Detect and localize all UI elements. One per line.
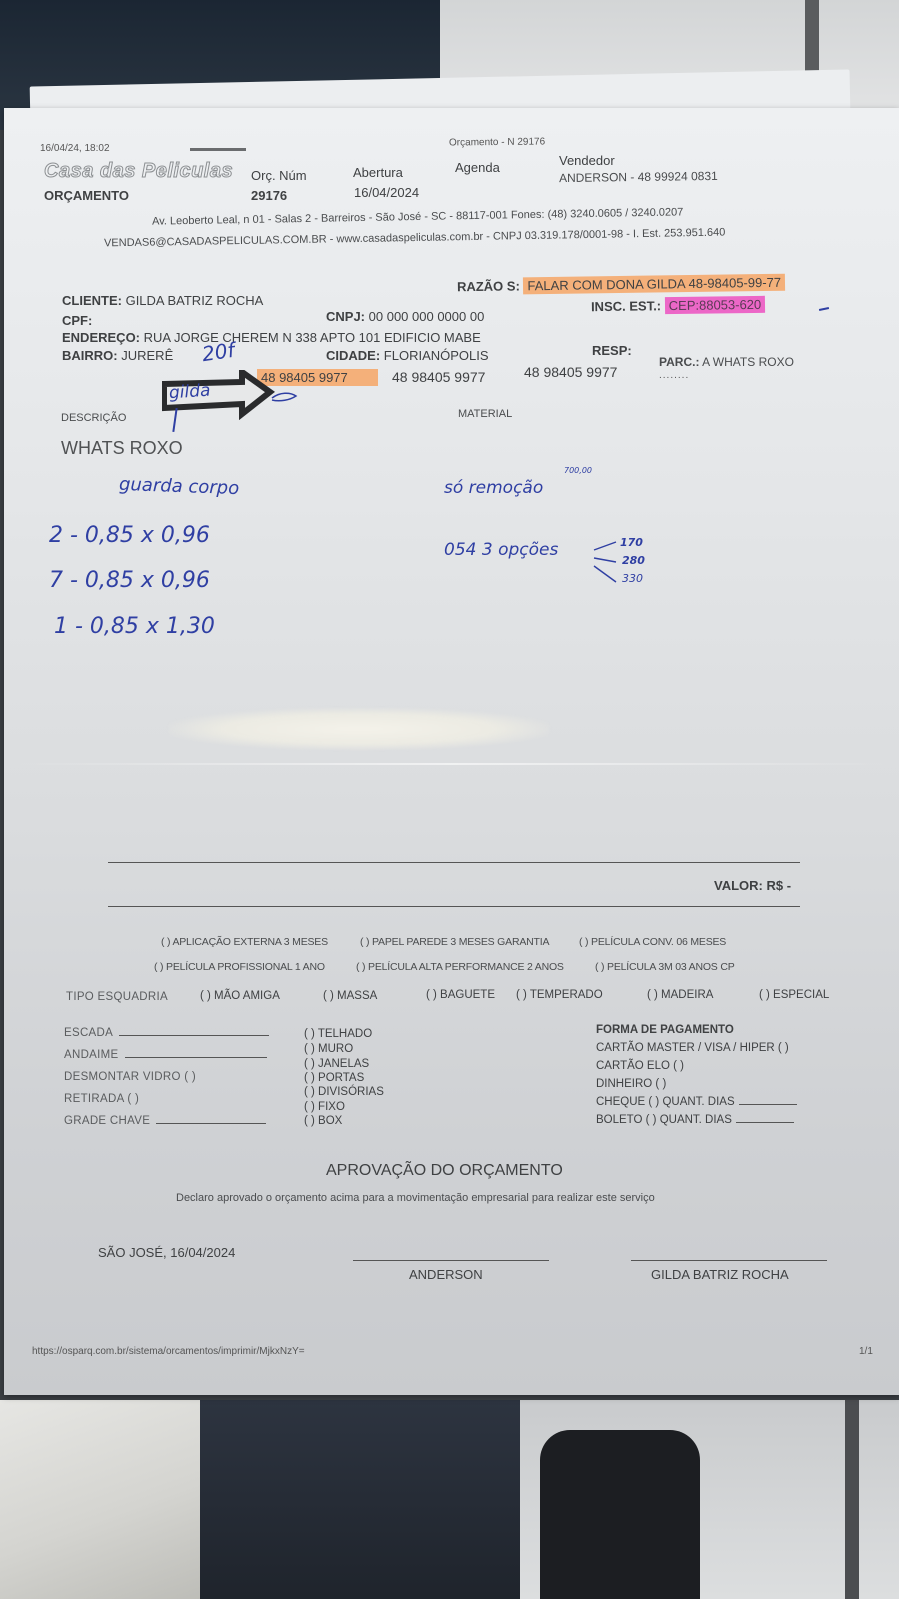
handwritten-remocao-price: 700,00 [564, 466, 592, 475]
bairro-value: JURERÊ [121, 348, 173, 363]
total-rule-top [108, 862, 800, 863]
insc-label: INSC. EST.: [591, 298, 661, 314]
vendedor-label: Vendedor [559, 153, 615, 168]
endereco-field: ENDEREÇO: RUA JORGE CHEREM N 338 APTO 10… [62, 330, 481, 345]
background-chair [540, 1430, 700, 1599]
signer-seller: ANDERSON [409, 1267, 483, 1282]
service-telhado[interactable]: ( ) TELHADO [304, 1028, 372, 1040]
material-label: MATERIAL [458, 408, 512, 420]
background-jeans [200, 1400, 530, 1599]
parc-mask: ........ [659, 370, 689, 381]
service-box[interactable]: ( ) BOX [304, 1115, 342, 1127]
approval-title: APROVAÇÃO DO ORÇAMENTO [326, 1162, 563, 1180]
service-grade-chave: GRADE CHAVE [64, 1115, 266, 1127]
handwritten-bairro-note: 20f [200, 338, 236, 366]
abertura-value: 16/04/2024 [354, 185, 419, 200]
total-rule-bottom [108, 906, 800, 907]
payment-cheque[interactable]: CHEQUE ( ) QUANT. DIAS [596, 1096, 797, 1108]
phone-2: 48 98405 9977 [392, 369, 485, 385]
payment-title: FORMA DE PAGAMENTO [596, 1024, 734, 1036]
resp-label: RESP: [592, 343, 632, 358]
parc-value: A WHATS ROXO [702, 355, 794, 369]
agenda-label: Agenda [455, 160, 500, 175]
esquadria-temperado[interactable]: ( ) TEMPERADO [516, 989, 603, 1001]
service-muro[interactable]: ( ) MURO [304, 1043, 353, 1055]
background-bottom [0, 1400, 899, 1599]
orc-num-label: Orç. Núm [251, 168, 307, 183]
cpf-label: CPF: [62, 313, 92, 328]
esquadria-especial[interactable]: ( ) ESPECIAL [759, 989, 829, 1001]
payment-boleto[interactable]: BOLETO ( ) QUANT. DIAS [596, 1114, 794, 1126]
company-contact: VENDAS6@CASADASPELICULAS.COM.BR - www.ca… [104, 227, 725, 250]
service-andaime: ANDAIME [64, 1049, 267, 1061]
handwritten-price-2: 280 [622, 554, 645, 567]
handwritten-arrows-icon [592, 536, 622, 586]
bairro-field: BAIRRO: JURERÊ [62, 348, 173, 363]
razao-field: RAZÃO S: FALAR COM DONA GILDA 48-98405-9… [457, 275, 785, 295]
abertura-label: Abertura [353, 165, 403, 180]
endereco-value: RUA JORGE CHEREM N 338 APTO 101 EDIFICIO… [144, 330, 481, 345]
print-timestamp: 16/04/24, 18:02 [40, 143, 110, 154]
option-papel-parede[interactable]: ( ) PAPEL PAREDE 3 MESES GARANTIA [360, 936, 549, 948]
handwritten-stamp-note: gilda [168, 381, 211, 404]
footer-url: https://osparq.com.br/sistema/orcamentos… [32, 1346, 305, 1357]
vendedor-value: ANDERSON - 48 99924 0831 [559, 169, 718, 185]
handwritten-price-1: 170 [620, 536, 643, 549]
service-retirada[interactable]: RETIRADA ( ) [64, 1093, 139, 1105]
handwritten-measure-3: 1 - 0,85 x 1,30 [54, 614, 215, 639]
item-description: WHATS ROXO [61, 438, 183, 459]
payment-dinheiro[interactable]: DINHEIRO ( ) [596, 1078, 666, 1090]
option-pelicula-alta-performance[interactable]: ( ) PELÍCULA ALTA PERFORMANCE 2 ANOS [356, 961, 564, 973]
quote-document: 16/04/24, 18:02 Orçamento - N 29176 Casa… [4, 108, 899, 1395]
service-fixo[interactable]: ( ) FIXO [304, 1101, 345, 1113]
insc-value: CEP:88053-620 [665, 296, 766, 314]
esquadria-massa[interactable]: ( ) MASSA [323, 990, 377, 1002]
payment-cartao-master[interactable]: CARTÃO MASTER / VISA / HIPER ( ) [596, 1042, 789, 1054]
cnpj-field: CNPJ: 00 000 000 0000 00 [326, 309, 484, 324]
cliente-label: CLIENTE: [62, 293, 122, 308]
endereco-label: ENDEREÇO: [62, 330, 140, 345]
cnpj-label: CNPJ: [326, 309, 365, 324]
option-pelicula-conv[interactable]: ( ) PELÍCULA CONV. 06 MESES [579, 936, 726, 948]
descricao-label: DESCRIÇÃO [61, 412, 126, 424]
service-portas[interactable]: ( ) PORTAS [304, 1072, 364, 1084]
option-pelicula-profissional[interactable]: ( ) PELÍCULA PROFISSIONAL 1 ANO [154, 961, 325, 973]
payment-cartao-elo[interactable]: CARTÃO ELO ( ) [596, 1060, 684, 1072]
cpf-field: CPF: [62, 313, 92, 328]
razao-label: RAZÃO S: [457, 278, 520, 294]
signer-client: GILDA BATRIZ ROCHA [651, 1267, 789, 1282]
company-address: Av. Leoberto Leal, n 01 - Salas 2 - Barr… [152, 206, 684, 227]
paper-fold [4, 763, 899, 765]
cidade-label: CIDADE: [326, 348, 380, 363]
signature-line-seller [353, 1260, 549, 1261]
approval-place-date: SÃO JOSÉ, 16/04/2024 [98, 1245, 235, 1260]
parc-label: PARC.: [659, 355, 699, 369]
cidade-field: CIDADE: FLORIANÓPOLIS [326, 348, 489, 363]
option-aplicacao-externa[interactable]: ( ) APLICAÇÃO EXTERNA 3 MESES [161, 936, 328, 948]
orc-num-value: 29176 [251, 188, 287, 203]
background-leg [845, 1400, 859, 1599]
handwritten-note-options: 054 3 opções [444, 540, 558, 560]
service-escada: ESCADA [64, 1027, 269, 1039]
esquadria-label: TIPO ESQUADRIA [66, 991, 168, 1003]
valor-label: VALOR: R$ - [714, 878, 791, 893]
handwritten-note-guarda-corpo: guarda corpo [119, 474, 240, 499]
esquadria-madeira[interactable]: ( ) MADEIRA [647, 989, 713, 1001]
correction-fluid-smudge [169, 708, 549, 750]
handwritten-measure-2: 7 - 0,85 x 0,96 [49, 568, 210, 593]
document-ref: Orçamento - N 29176 [449, 136, 545, 148]
signature-line-client [631, 1260, 827, 1261]
handwritten-price-3: 330 [622, 572, 643, 585]
handwritten-note-remocao: só remoção [444, 478, 543, 498]
razao-value: FALAR COM DONA GILDA 48-98405-99-77 [523, 274, 785, 295]
cnpj-value: 00 000 000 0000 00 [369, 309, 485, 324]
insc-field: INSC. EST.: CEP:88053-620 [591, 297, 765, 314]
ink-mark [819, 307, 829, 311]
cliente-field: CLIENTE: GILDA BATRIZ ROCHA [62, 293, 263, 308]
esquadria-mao-amiga[interactable]: ( ) MÃO AMIGA [200, 990, 280, 1002]
approval-statement: Declaro aprovado o orçamento acima para … [176, 1192, 655, 1204]
service-desmontar-vidro[interactable]: DESMONTAR VIDRO ( ) [64, 1071, 196, 1083]
option-pelicula-3m[interactable]: ( ) PELÍCULA 3M 03 ANOS CP [595, 961, 735, 973]
header-bar [190, 148, 246, 151]
esquadria-baguete[interactable]: ( ) BAGUETE [426, 989, 495, 1001]
doc-type: ORÇAMENTO [44, 188, 129, 203]
handwritten-measure-1: 2 - 0,85 x 0,96 [49, 523, 210, 548]
parc-field: PARC.: A WHATS ROXO [659, 355, 794, 369]
bairro-label: BAIRRO: [62, 348, 118, 363]
service-divisorias[interactable]: ( ) DIVISÓRIAS [304, 1086, 384, 1098]
cidade-value: FLORIANÓPOLIS [384, 348, 489, 363]
phone-3: 48 98405 9977 [524, 364, 617, 380]
company-logo: Casa das Peliculas [44, 160, 233, 183]
service-janelas[interactable]: ( ) JANELAS [304, 1058, 369, 1070]
cliente-value: GILDA BATRIZ ROCHA [126, 293, 264, 308]
footer-page: 1/1 [859, 1346, 873, 1357]
